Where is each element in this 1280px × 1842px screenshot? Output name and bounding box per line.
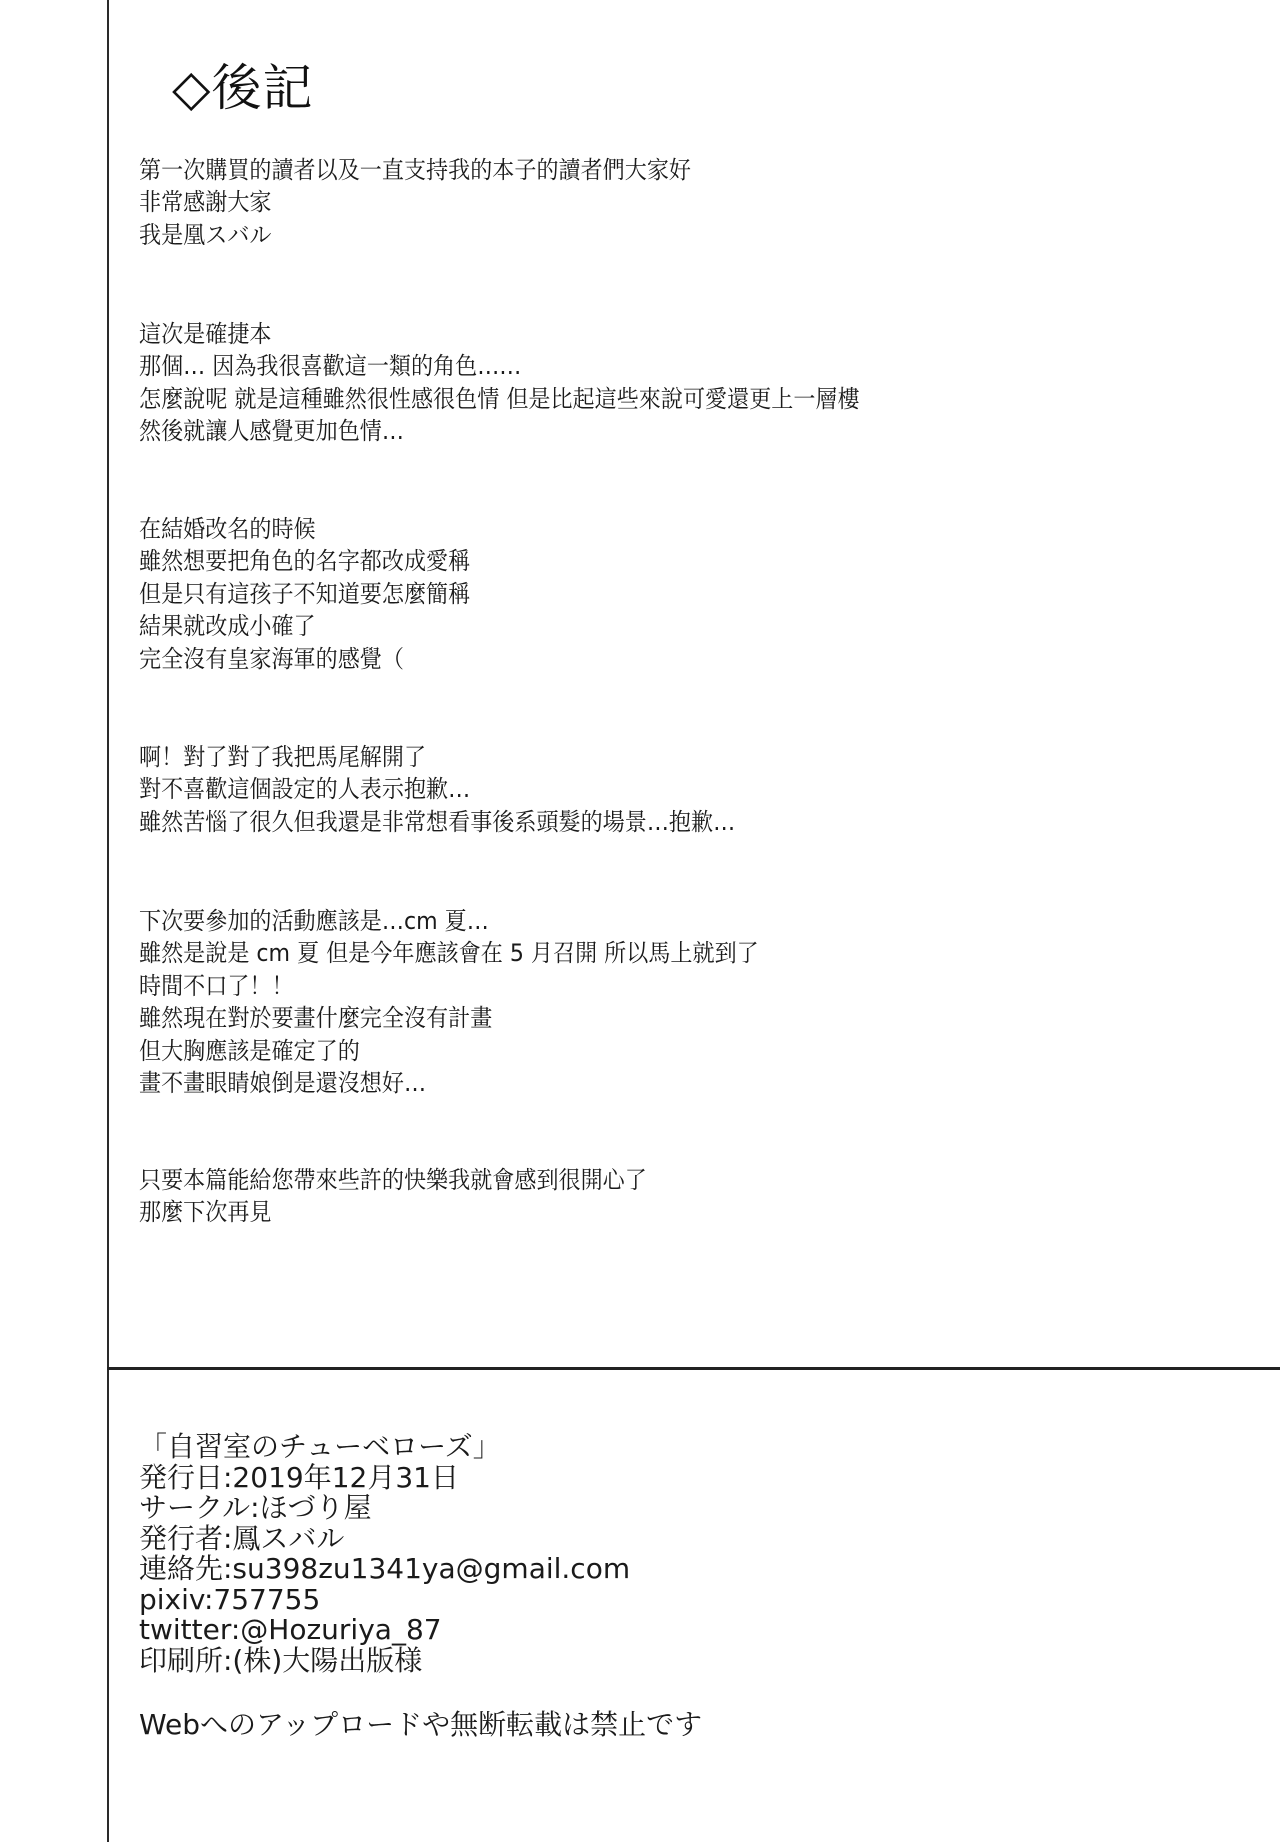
text-line: 非常感謝大家: [139, 186, 691, 218]
colophon-twitter: twitter:@Hozuriya_87: [139, 1615, 630, 1646]
text-line: 那麼下次再見: [139, 1196, 647, 1228]
text-line: 雖然想要把角色的名字都改成愛稱: [139, 545, 470, 577]
text-line: 但大胸應該是確定了的: [139, 1035, 759, 1067]
paragraph-3: 在結婚改名的時候 雖然想要把角色的名字都改成愛稱 但是只有這孩子不知道要怎麼簡稱…: [139, 513, 470, 675]
paragraph-2: 這次是確捷本 那個… 因為我很喜歡這一類的角色…… 怎麼說呢 就是這種雖然很性感…: [139, 318, 860, 448]
text-line: 但是只有這孩子不知道要怎麼簡稱: [139, 578, 470, 610]
page-border-left: [107, 0, 109, 1842]
text-line: 然後就讓人感覺更加色情…: [139, 415, 860, 447]
text-line: 怎麼說呢 就是這種雖然很性感很色情 但是比起這些來說可愛還更上一層樓: [139, 383, 860, 415]
paragraph-5: 下次要參加的活動應該是…cm 夏… 雖然是說是 cm 夏 但是今年應該會在 5 …: [139, 905, 759, 1099]
text-line: 在結婚改名的時候: [139, 513, 470, 545]
text-line: 結果就改成小確了: [139, 610, 470, 642]
colophon-pixiv: pixiv:757755: [139, 1585, 630, 1616]
text-line: 雖然苦惱了很久但我還是非常想看事後系頭髮的場景…抱歉…: [139, 806, 735, 838]
text-line: 啊！對了對了我把馬尾解開了: [139, 741, 735, 773]
text-line: 我是凰スバル: [139, 219, 691, 251]
colophon-circle: サークル:ほづり屋: [139, 1493, 630, 1524]
copyright-notice: Webへのアップロードや無断転載は禁止です: [139, 1708, 702, 1742]
text-line: 時間不口了！！: [139, 970, 759, 1002]
text-line: 畫不畫眼睛娘倒是還沒想好…: [139, 1067, 759, 1099]
paragraph-4: 啊！對了對了我把馬尾解開了 對不喜歡這個設定的人表示抱歉… 雖然苦惱了很久但我還…: [139, 741, 735, 838]
paragraph-1: 第一次購買的讀者以及一直支持我的本子的讀者們大家好 非常感謝大家 我是凰スバル: [139, 154, 691, 251]
text-line: 下次要參加的活動應該是…cm 夏…: [139, 905, 759, 937]
colophon-publisher: 発行者:鳳スバル: [139, 1524, 630, 1555]
afterword-title: ◇後記: [172, 58, 313, 118]
text-line: 雖然現在對於要畫什麼完全沒有計畫: [139, 1002, 759, 1034]
colophon: 「自習室のチューベローズ」 発行日:2019年12月31日 サークル:ほづり屋 …: [139, 1432, 630, 1676]
text-line: 雖然是說是 cm 夏 但是今年應該會在 5 月召開 所以馬上就到了: [139, 937, 759, 969]
colophon-printer: 印刷所:(株)大陽出版様: [139, 1646, 630, 1677]
paragraph-6: 只要本篇能給您帶來些許的快樂我就會感到很開心了 那麼下次再見: [139, 1164, 647, 1229]
text-line: 第一次購買的讀者以及一直支持我的本子的讀者們大家好: [139, 154, 691, 186]
colophon-divider: [107, 1367, 1280, 1370]
colophon-book-title: 「自習室のチューベローズ」: [139, 1432, 630, 1463]
text-line: 只要本篇能給您帶來些許的快樂我就會感到很開心了: [139, 1164, 647, 1196]
text-line: 那個… 因為我很喜歡這一類的角色……: [139, 350, 860, 382]
colophon-date: 発行日:2019年12月31日: [139, 1463, 630, 1494]
text-line: 對不喜歡這個設定的人表示抱歉…: [139, 773, 735, 805]
colophon-contact: 連絡先:su398zu1341ya@gmail.com: [139, 1554, 630, 1585]
text-line: 完全沒有皇家海軍的感覺（: [139, 643, 470, 675]
text-line: 這次是確捷本: [139, 318, 860, 350]
